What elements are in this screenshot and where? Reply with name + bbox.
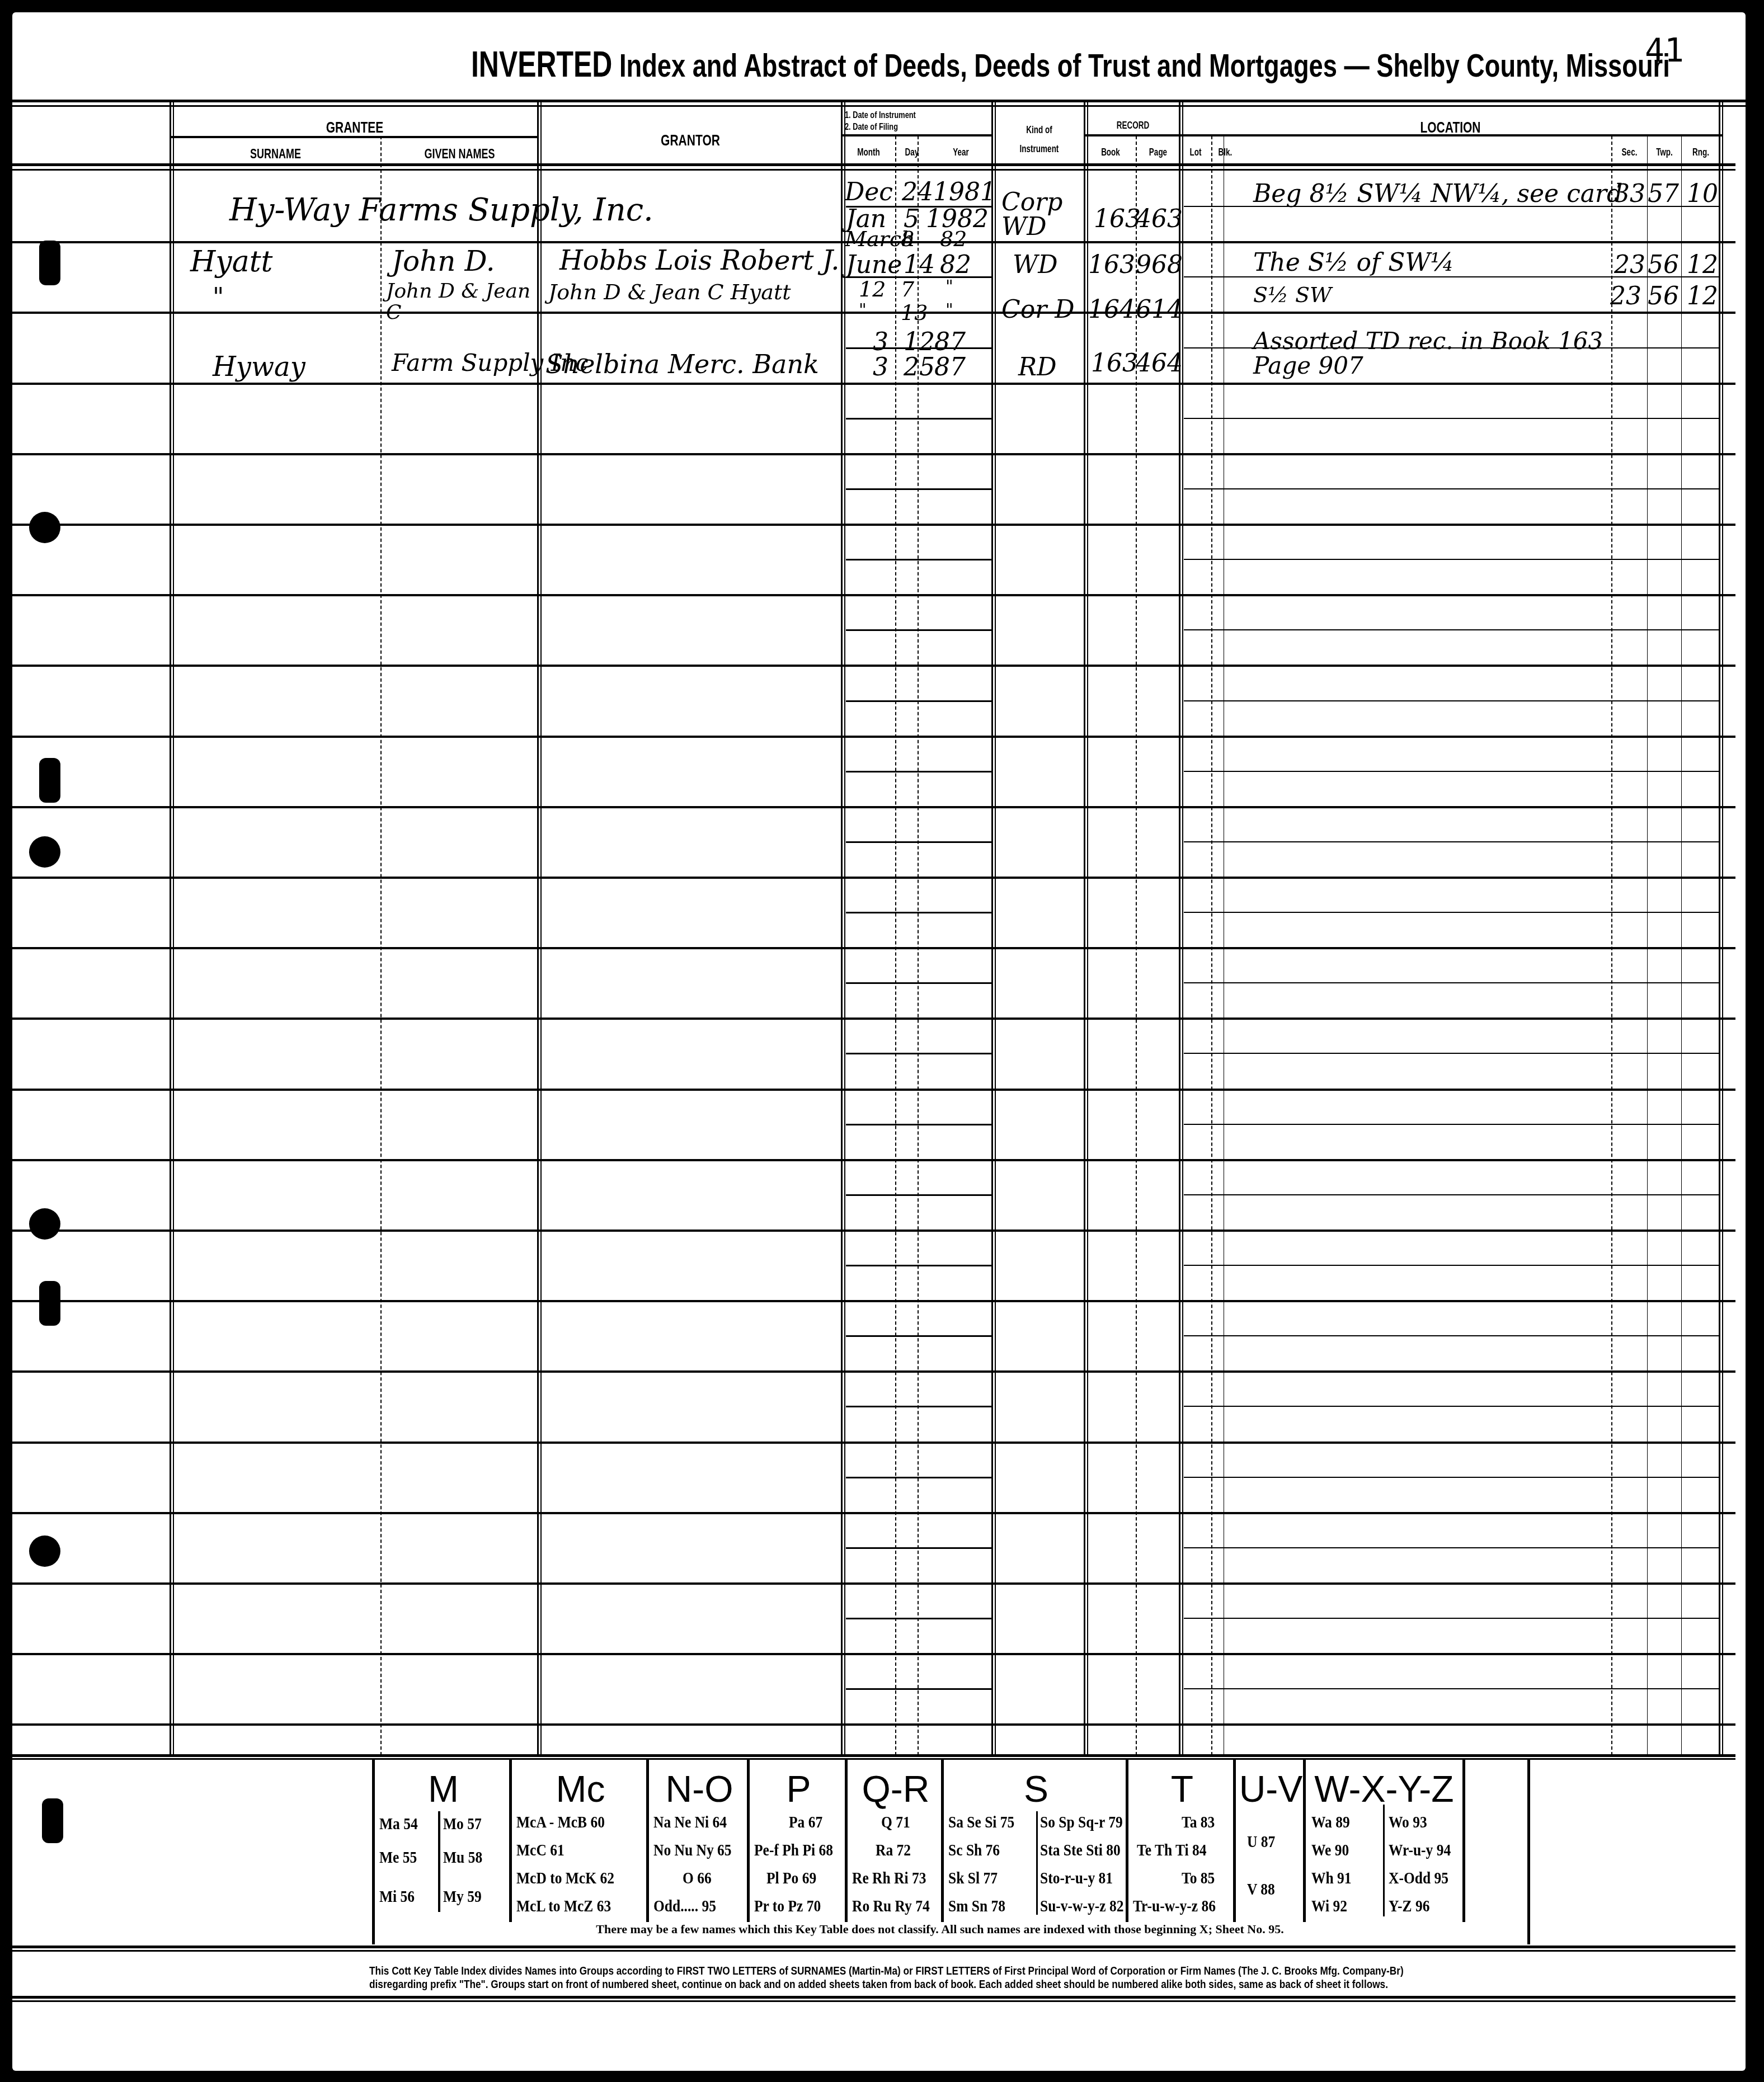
key-entry: Pr to Pz 70	[754, 1897, 821, 1916]
key-entry: Sto-r-u-y 81	[1040, 1869, 1113, 1888]
entry-1-book: 163	[1094, 207, 1141, 232]
row-rule	[12, 1089, 1735, 1091]
sub-row-rule	[846, 1618, 991, 1619]
key-entry: O 66	[683, 1869, 712, 1888]
entry-2-sec: 23	[1614, 253, 1645, 277]
entry-3-page: 614	[1136, 298, 1183, 322]
key-note: There may be a few names which this Key …	[361, 1922, 1519, 1937]
key-entry: McD to McK 62	[516, 1869, 614, 1888]
key-entry: Te Th Ti 84	[1137, 1841, 1207, 1860]
title-emphasis: INVERTED	[471, 44, 612, 84]
sub-row-rule	[846, 771, 991, 772]
binder-round-hole	[29, 1535, 60, 1567]
key-inner-divider	[438, 1811, 440, 1912]
sub-row-rule	[846, 629, 991, 631]
entry-4-instrument-month: 3	[873, 330, 888, 355]
entry-1-surname: Hy-Way Farms Supply, Inc.	[229, 195, 653, 226]
key-entry: Pa 67	[789, 1813, 822, 1832]
key-top-rule	[12, 1754, 1735, 1757]
entry-1-sec: 33	[1614, 182, 1645, 206]
row-rule	[12, 453, 1735, 455]
entry-4-filing-month: 3	[873, 355, 888, 380]
entry-2-instrument-day: 8	[901, 228, 914, 249]
entry-2-page: 968	[1136, 253, 1183, 277]
row-rule	[12, 383, 1735, 385]
entry-3-given: John D & Jean C	[386, 281, 537, 323]
header-lot: Lot	[1185, 147, 1206, 158]
sub-row-rule	[1184, 1406, 1719, 1407]
key-entry: Mu 58	[443, 1848, 482, 1867]
sub-row-rule	[1184, 1265, 1719, 1266]
header-date-1: 1. Date of Instrument	[845, 110, 929, 121]
key-head: N-O	[649, 1768, 750, 1810]
sub-row-rule	[1184, 1688, 1719, 1689]
sub-row-rule	[846, 700, 991, 702]
entry-4-filing-year: 87	[934, 355, 966, 380]
entry-2-location: The S½ of SW¼	[1253, 251, 1454, 275]
row-rule	[12, 947, 1735, 949]
sub-row-rule	[1184, 841, 1719, 842]
sub-row-rule	[1184, 1335, 1719, 1336]
binder-slot-hole	[42, 1798, 63, 1843]
entry-2-given: John D.	[392, 247, 495, 275]
footer-line-1: This Cott Key Table Index divides Names …	[369, 1965, 1342, 1978]
sub-row-rule	[846, 1124, 991, 1125]
key-entry: So Sp Sq-r 79	[1040, 1813, 1123, 1832]
sub-row-rule	[1184, 629, 1719, 630]
key-head: Q-R	[848, 1768, 944, 1810]
entry-2-filing-month: June	[846, 253, 902, 277]
header-bottom-rule	[12, 163, 1735, 166]
row-rule	[12, 1230, 1735, 1232]
col-rule-date-2	[844, 102, 845, 1755]
row-rule	[12, 1723, 1735, 1726]
key-head: U-V	[1236, 1768, 1306, 1810]
row-rule	[12, 736, 1735, 738]
header-page: Page	[1141, 147, 1175, 158]
header-grantor: GRANTOR	[577, 131, 805, 149]
key-head: M	[375, 1768, 512, 1810]
key-entry: McC 61	[516, 1841, 565, 1860]
key-entry: V 88	[1247, 1880, 1275, 1899]
key-entry: Na Ne Ni 64	[653, 1813, 727, 1832]
header-book: Book	[1092, 147, 1130, 158]
row-rule	[12, 1159, 1735, 1161]
key-entry: X-Odd 95	[1389, 1869, 1448, 1888]
key-table: M Ma 54 Me 55 Mi 56 Mo 57 Mu 58 My 59 Mc…	[372, 1760, 1530, 1944]
sub-row-rule	[846, 1265, 991, 1266]
key-entry: Wh 91	[1311, 1869, 1352, 1888]
binder-round-hole	[29, 512, 60, 543]
sub-row-rule	[846, 1335, 991, 1337]
binder-slot-hole	[39, 758, 60, 803]
header-top-rule	[12, 100, 1746, 102]
sub-row-rule	[1184, 982, 1719, 983]
key-entry: Wa 89	[1311, 1813, 1350, 1832]
sub-row-rule	[1184, 1194, 1719, 1195]
entry-3-grantor: John D & Jean C Hyatt	[548, 281, 806, 303]
entry-4-grantor: Shelbina Merc. Bank	[545, 351, 819, 377]
entry-3-rng: 12	[1687, 284, 1718, 309]
key-entry: Odd..... 95	[653, 1897, 716, 1916]
col-rule-kind-2	[995, 102, 996, 1755]
header-date-2: 2. Date of Filing	[845, 121, 929, 133]
key-entry: Pe-f Ph Pi 68	[754, 1841, 833, 1860]
key-bottom-rule-2	[12, 1950, 1735, 1952]
key-entry: Re Rh Ri 73	[852, 1869, 926, 1888]
entry-4-book: 163	[1091, 351, 1138, 376]
key-entry: Pl Po 69	[766, 1869, 816, 1888]
key-group-m: M Ma 54 Me 55 Mi 56 Mo 57 Mu 58 My 59	[372, 1760, 512, 1922]
key-entry: Ma 54	[379, 1815, 418, 1834]
key-head: S	[944, 1768, 1128, 1810]
key-entry: Ra 72	[876, 1841, 911, 1860]
header-given-names: GIVEN NAMES	[400, 147, 519, 162]
key-entry: Wi 92	[1311, 1897, 1347, 1916]
row-rule	[12, 1300, 1735, 1302]
entry-3-surname: "	[213, 285, 224, 310]
entry-3-kind: Cor D	[1001, 298, 1074, 322]
entry-4-page: 464	[1136, 351, 1183, 376]
sub-row-rule	[846, 559, 991, 560]
entry-4-filing-day: 25	[904, 355, 935, 380]
entry-2-twp: 56	[1648, 253, 1679, 277]
col-rule-right	[1719, 102, 1720, 1755]
key-entry: Mo 57	[443, 1815, 482, 1834]
entry-3-filing-day: 13	[901, 302, 928, 323]
row-rule	[12, 1018, 1735, 1020]
key-entry: No Nu Ny 65	[653, 1841, 732, 1860]
key-group-s: S Sa Se Si 75 Sc Sh 76 Sk Sl 77 Sm Sn 78…	[941, 1760, 1128, 1922]
key-entry: Sk Sl 77	[948, 1869, 998, 1888]
header-sec: Sec.	[1616, 147, 1643, 158]
key-entry: Mi 56	[379, 1887, 415, 1906]
sub-row-rule	[846, 841, 991, 843]
sub-row-rule	[1184, 700, 1719, 701]
binder-slot-hole	[39, 1281, 60, 1326]
entry-2-grantor: Hobbs Lois Robert J.	[559, 247, 840, 274]
header-blk: Blk.	[1217, 147, 1234, 158]
key-head: Mc	[512, 1768, 649, 1810]
sub-row-rule	[846, 1688, 991, 1690]
sub-row-rule	[1184, 771, 1719, 772]
key-head: T	[1128, 1768, 1236, 1810]
entry-3-sec: 23	[1610, 284, 1641, 309]
key-head: W-X-Y-Z	[1306, 1768, 1462, 1810]
entry-4-instrument-year: 87	[934, 330, 966, 355]
entry-2-rng: 12	[1687, 253, 1718, 277]
header-rng: Rng.	[1686, 147, 1716, 158]
key-entry: McA - McB 60	[516, 1813, 605, 1832]
page-number: 41	[1645, 31, 1684, 69]
title-text: Index and Abstract of Deeds, Deeds of Tr…	[612, 48, 1669, 84]
entry-2-kind: WD	[1013, 253, 1058, 277]
col-rule-record-2	[1087, 102, 1088, 1755]
entry-1-kind: Corp WD	[1001, 190, 1069, 239]
header-location: LOCATION	[1248, 119, 1653, 136]
key-entry: Wr-u-y 94	[1389, 1841, 1451, 1860]
sub-row-rule	[1184, 1477, 1719, 1478]
col-rule-record	[1084, 102, 1085, 1755]
entry-3-location: S½ SW	[1253, 284, 1332, 305]
entry-2-book: 163	[1088, 253, 1135, 277]
header-top-rule-2	[12, 105, 1746, 107]
row-rule	[12, 1653, 1735, 1655]
sub-row-rule	[846, 1053, 991, 1054]
sub-row-rule	[846, 1477, 991, 1478]
entry-3-filing-year: "	[945, 302, 953, 319]
key-group-q-r: Q-R Q 71 Ra 72 Re Rh Ri 73 Ro Ru Ry 74	[845, 1760, 944, 1922]
header-surname: SURNAME	[197, 147, 354, 162]
sub-row-rule	[846, 1547, 991, 1549]
sub-row-rule	[846, 418, 991, 420]
sub-row-rule	[1184, 1124, 1719, 1125]
sub-row-rule	[1184, 912, 1719, 913]
key-entry: Su-v-w-y-z 82	[1040, 1897, 1123, 1916]
footer-bottom-rule	[12, 1996, 1735, 1999]
sub-row-rule	[1184, 1053, 1719, 1054]
key-entry: To 85	[1182, 1869, 1215, 1888]
header-day: Day	[900, 147, 925, 158]
header-month: Month	[849, 147, 888, 158]
entry-1-instrument-year: 1981	[933, 180, 996, 205]
header-grantee: GRANTEE	[217, 119, 493, 136]
entry-4-instrument-day: 12	[904, 330, 935, 355]
entry-3-instrument-year: "	[945, 279, 953, 295]
row-rule	[12, 524, 1735, 526]
key-entry: Me 55	[379, 1848, 417, 1867]
key-entry: Ta 83	[1182, 1813, 1215, 1832]
sub-row-rule	[1184, 488, 1719, 489]
entry-1-location: Beg 8½ SW¼ NW¼, see card	[1253, 182, 1622, 206]
binder-slot-hole	[39, 241, 60, 285]
key-entry: McL to McZ 63	[516, 1897, 611, 1916]
key-group-mc: Mc McA - McB 60 McC 61 McD to McK 62 McL…	[509, 1760, 649, 1922]
entry-2-filing-day: 14	[904, 253, 935, 277]
entry-3-book: 164	[1088, 298, 1135, 322]
row-rule	[12, 806, 1735, 808]
col-rule-date	[841, 102, 843, 1755]
binder-round-hole	[29, 1208, 60, 1240]
entry-3-instrument-month: 12	[859, 279, 886, 300]
entry-1-page: 463	[1136, 207, 1183, 232]
sub-row-rule	[846, 488, 991, 490]
page-title: INVERTED Index and Abstract of Deeds, De…	[471, 44, 1431, 85]
row-rule	[12, 877, 1735, 879]
col-rule-right-2	[1722, 102, 1723, 1755]
row-rule	[12, 1442, 1735, 1444]
key-head: P	[750, 1768, 848, 1810]
key-entry: U 87	[1247, 1833, 1275, 1852]
entry-3-twp: 56	[1648, 284, 1679, 309]
key-inner-divider	[1383, 1805, 1385, 1916]
header-year: Year	[937, 147, 985, 158]
key-entry: Ro Ru Ry 74	[852, 1897, 930, 1916]
row-rule	[12, 1512, 1735, 1514]
entry-2-filing-year: 82	[940, 253, 971, 277]
footer-instructions: This Cott Key Table Index divides Names …	[369, 1965, 1342, 1991]
key-entry: Sta Ste Sti 80	[1040, 1841, 1121, 1860]
key-bottom-rule	[12, 1946, 1735, 1948]
key-group-t: T Ta 83 Te Th Ti 84 To 85 Tr-u-w-y-z 86	[1126, 1760, 1236, 1922]
row-rule	[12, 594, 1735, 596]
key-entry: Wo 93	[1389, 1813, 1427, 1832]
row-rule	[12, 1370, 1735, 1373]
sub-row-rule	[846, 982, 991, 984]
entry-4-kind: RD	[1018, 355, 1056, 380]
entry-1-instrument-month: Dec	[845, 180, 893, 205]
sub-row-rule	[846, 1194, 991, 1196]
key-frame-left	[372, 1760, 375, 1944]
entry-2-surname: Hyatt	[190, 247, 273, 276]
key-frame-right	[1527, 1760, 1530, 1944]
sub-row-rule	[1184, 1547, 1719, 1548]
header-kind-1: Kind of	[1005, 124, 1074, 136]
key-entry: Sa Se Si 75	[948, 1813, 1014, 1832]
key-entry: We 90	[1311, 1841, 1349, 1860]
entry-1-rng: 10	[1687, 182, 1718, 206]
entry-2-instrument-year: 82	[940, 228, 967, 249]
col-rule-left-2	[173, 102, 174, 1755]
entry-3-filing-month: "	[859, 302, 867, 319]
header-kind-2: Instrument	[1005, 143, 1074, 155]
row-rule	[12, 312, 1735, 314]
key-entry: Sm Sn 78	[948, 1897, 1005, 1916]
key-entry: Q 71	[881, 1813, 910, 1832]
key-group-p: P Pa 67 Pe-f Ph Pi 68 Pl Po 69 Pr to Pz …	[747, 1760, 848, 1922]
entry-1-instrument-day: 24	[902, 180, 933, 205]
key-group-n-o: N-O Na Ne Ni 64 No Nu Ny 65 O 66 Odd....…	[646, 1760, 750, 1922]
header-twp: Twp.	[1652, 147, 1677, 158]
col-rule-kind	[991, 102, 993, 1755]
sub-row-rule	[846, 912, 991, 913]
sub-row-rule	[1184, 559, 1719, 560]
row-rule	[12, 1582, 1735, 1585]
key-group-u-v: U-V U 87 V 88	[1233, 1760, 1306, 1922]
row-rule	[12, 665, 1735, 667]
entry-4-surname: Hyway	[213, 354, 305, 380]
header-bottom-rule-2	[12, 169, 1735, 171]
key-entry: Tr-u-w-y-z 86	[1133, 1897, 1216, 1916]
key-group-w-x-y-z: W-X-Y-Z Wa 89 We 90 Wh 91 Wi 92 Wo 93 Wr…	[1303, 1760, 1465, 1922]
key-entry: Sc Sh 76	[948, 1841, 1000, 1860]
col-rule-left	[170, 102, 171, 1755]
entry-3-instrument-day: 7	[901, 279, 914, 300]
key-inner-divider	[1036, 1811, 1038, 1915]
sub-row-rule	[1184, 418, 1719, 419]
key-entry: Y-Z 96	[1389, 1897, 1429, 1916]
binder-round-hole	[29, 836, 60, 868]
header-record: RECORD	[1097, 120, 1169, 131]
sub-row-rule	[846, 1406, 991, 1407]
sub-row-rule	[1184, 1618, 1719, 1619]
entry-4-location: Assorted TD rec. in Book 163 Page 907	[1253, 329, 1617, 378]
entry-1-twp: 57	[1648, 182, 1679, 206]
key-entry: My 59	[443, 1887, 482, 1906]
footer-line-2: disregarding prefix "The". Groups start …	[369, 1978, 1342, 1991]
footer-bottom-rule-2	[12, 2000, 1735, 2002]
